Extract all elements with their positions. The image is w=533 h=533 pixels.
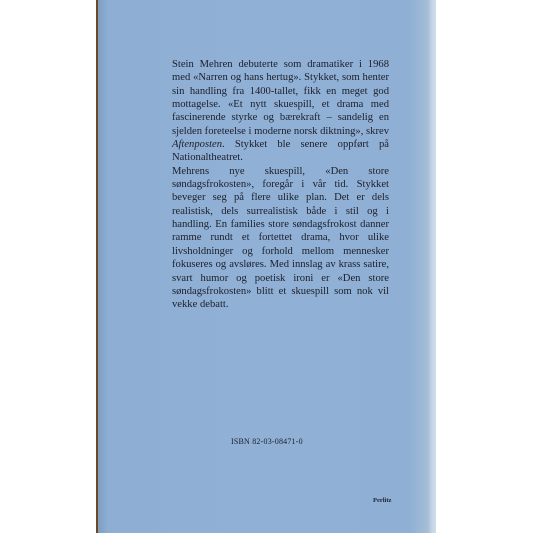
blurb-paragraph-1: Stein Mehren debuterte som dramatiker i … [172,58,389,165]
publisher-imprint: Perlitz [373,497,391,504]
blurb-text: Stein Mehren debuterte som dramatiker i … [172,58,389,312]
newspaper-title: Aftenposten [172,139,222,150]
blurb-paragraph-2: Mehrens nye skuespill, «Den store søndag… [172,165,389,312]
blurb-paragraph-1-start: Stein Mehren debuterte som dramatiker i … [172,59,389,137]
isbn-number: ISBN 82-03-08471-0 [231,437,303,446]
book-back-cover: Stein Mehren debuterte som dramatiker i … [96,0,436,533]
